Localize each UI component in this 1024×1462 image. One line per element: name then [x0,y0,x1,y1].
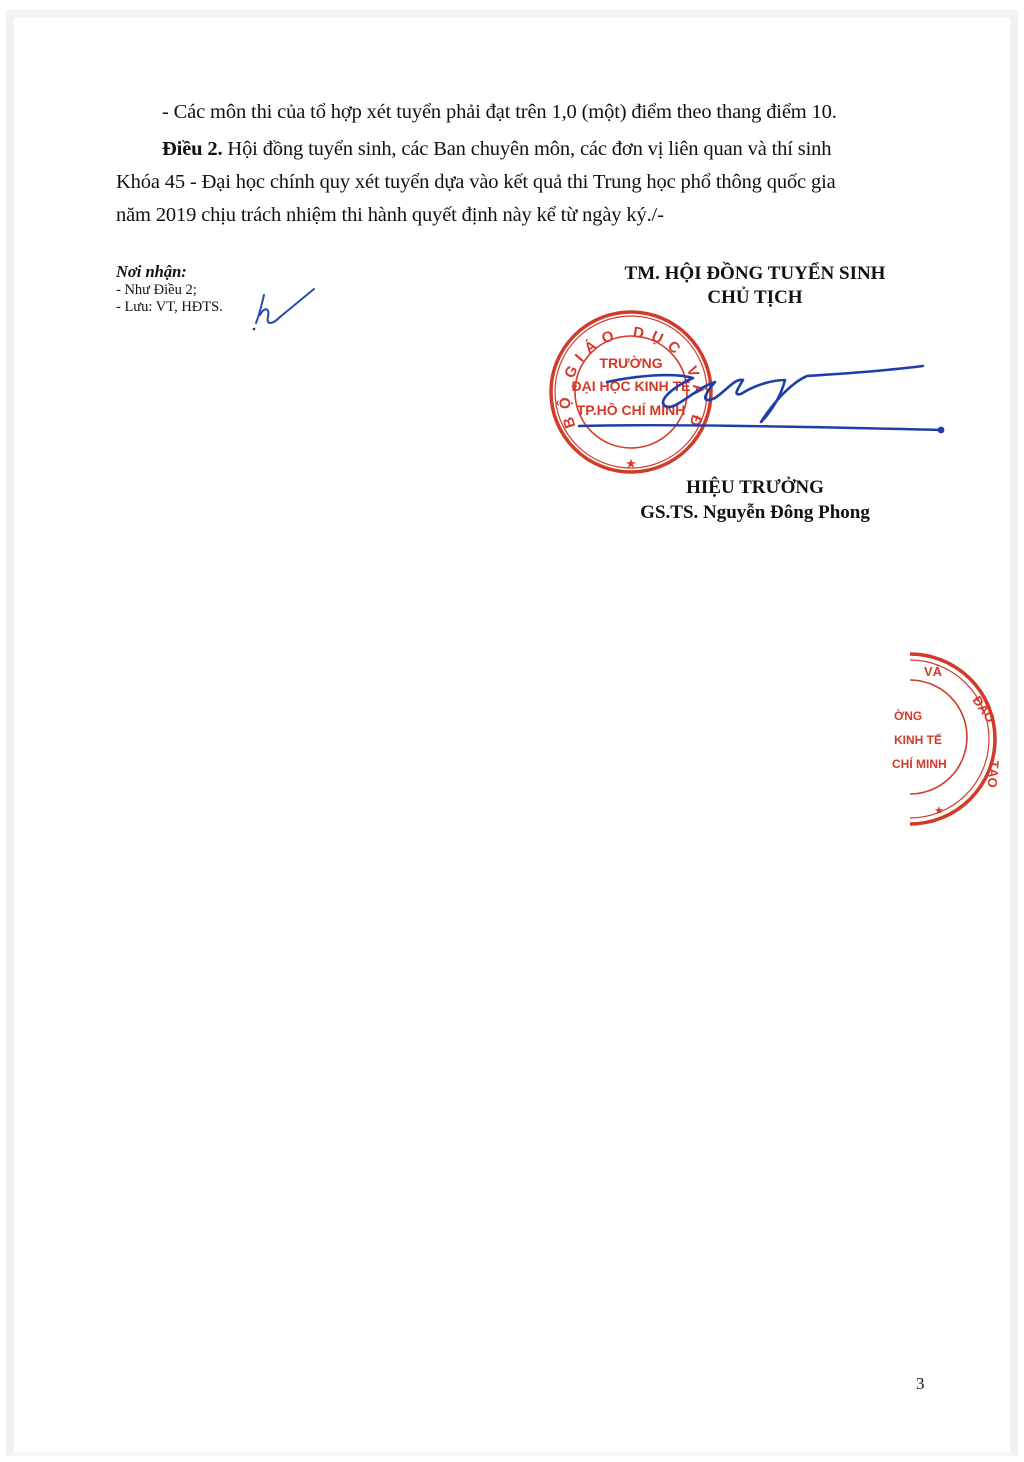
recipient-item: - Lưu: VT, HĐTS. [116,299,223,316]
signer-position: HIỆU TRƯỞNG [560,475,950,500]
edge-seal-fragment-icon: VÀ ĐÀO TẠO ỜNG KINH TẾ CHÍ MINH ★ [890,648,1024,830]
admission-condition-line: - Các môn thi của tổ hợp xét tuyển phải … [162,96,837,129]
signature-heading: TM. HỘI ĐỒNG TUYỂN SINH CHỦ TỊCH [560,262,950,310]
edge-seal-text-1: VÀ [924,664,943,679]
edge-seal-star-icon: ★ [934,805,944,817]
signer-name: GS.TS. Nguyễn Đông Phong [560,500,950,525]
page-number: 3 [916,1374,925,1394]
recipients-title: Nơi nhận: [116,262,223,282]
on-behalf-label: TM. HỘI ĐỒNG TUYỂN SINH [560,262,950,286]
recipient-item: - Như Điều 2; [116,282,223,299]
initials-signature-icon [250,285,320,335]
edge-seal-text-3: TẠO [985,760,1002,789]
edge-seal-inner-2: KINH TẾ [894,732,942,747]
handwritten-signature-icon [575,360,955,440]
article-2-label: Điều 2. [162,138,222,160]
article-2-line-3: năm 2019 chịu trách nhiệm thi hành quyết… [116,199,664,232]
article-2-text-1: Hội đồng tuyển sinh, các Ban chuyên môn,… [222,138,831,160]
recipients-block: Nơi nhận: - Như Điều 2; - Lưu: VT, HĐTS. [116,262,223,316]
article-2-line-1: Điều 2. Hội đồng tuyển sinh, các Ban chu… [162,133,831,166]
seal-star-icon: ★ [625,456,637,471]
edge-seal-inner-1: ỜNG [894,708,922,723]
edge-seal-inner-3: CHÍ MINH [892,756,947,771]
signer-block: HIỆU TRƯỞNG GS.TS. Nguyễn Đông Phong [560,475,950,525]
article-2-line-2: Khóa 45 - Đại học chính quy xét tuyển dự… [116,166,836,199]
